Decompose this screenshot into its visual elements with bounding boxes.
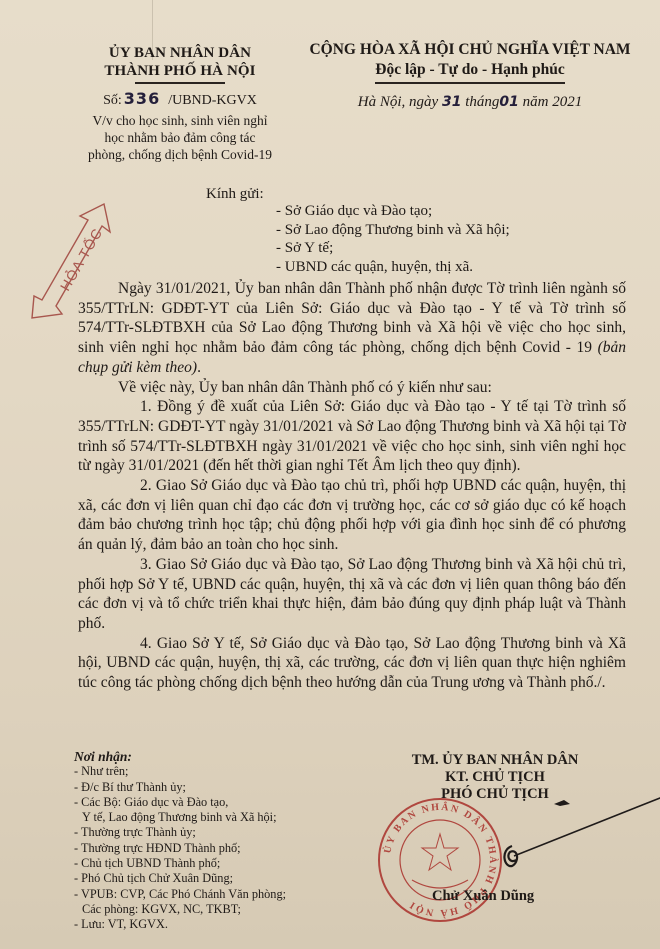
motto-underline bbox=[375, 82, 565, 84]
issuer-block: ỦY BAN NHÂN DÂN THÀNH PHỐ HÀ NỘI Số:336/… bbox=[70, 44, 290, 163]
point-4: 4. Giao Sở Y tế, Sở Giáo dục và Đào tạo,… bbox=[78, 634, 626, 693]
opinion-paragraph: Về việc này, Ủy ban nhân dân Thành phố c… bbox=[78, 378, 626, 398]
greeting: Kính gửi: bbox=[206, 186, 264, 203]
issuer-line-2: THÀNH PHỐ HÀ NỘI bbox=[70, 62, 290, 80]
date-month-label: tháng bbox=[465, 94, 499, 110]
doc-number-handwritten: 336 bbox=[124, 89, 160, 108]
distribution-item: Y tế, Lao động Thương binh và Xã hội; bbox=[74, 810, 286, 825]
signature-line-2: KT. CHỦ TỊCH bbox=[386, 769, 604, 786]
subject-line: V/v cho học sinh, sinh viên nghỉ bbox=[70, 112, 290, 129]
date-day: 31 bbox=[442, 94, 461, 110]
signature-line-1: TM. ỦY BAN NHÂN DÂN bbox=[386, 752, 604, 769]
issuer-line-1: ỦY BAN NHÂN DÂN bbox=[70, 44, 290, 62]
issuer-underline bbox=[135, 82, 225, 84]
distribution-item: - VPUB: CVP, Các Phó Chánh Văn phòng; bbox=[74, 887, 286, 902]
handwritten-signature-icon bbox=[470, 790, 660, 880]
date-month: 01 bbox=[499, 94, 518, 110]
intro-paragraph: Ngày 31/01/2021, Ủy ban nhân dân Thành p… bbox=[78, 279, 626, 378]
subject-line: phòng, chống dịch bệnh Covid-19 bbox=[70, 146, 290, 163]
document-number: Số:336/UBND-KGVX bbox=[70, 90, 290, 110]
distribution-item: - Thường trực HĐND Thành phố; bbox=[74, 841, 286, 856]
point-2: 2. Giao Sở Giáo dục và Đào tạo chủ trì, … bbox=[78, 476, 626, 555]
letter-body: Ngày 31/01/2021, Ủy ban nhân dân Thành p… bbox=[78, 279, 626, 693]
national-header: CỘNG HÒA XÃ HỘI CHỦ NGHĨA VIỆT NAM Độc l… bbox=[300, 40, 640, 112]
national-motto: Độc lập - Tự do - Hạnh phúc bbox=[300, 60, 640, 80]
intro-end: . bbox=[197, 359, 201, 376]
distribution-list: Nơi nhận: - Như trên; - Đ/c Bí thư Thành… bbox=[74, 749, 286, 933]
distribution-item: Các phòng: KGVX, NC, TKBT; bbox=[74, 902, 286, 917]
recipient-list: - Sở Giáo dục và Đào tạo; - Sở Lao động … bbox=[276, 202, 510, 276]
subject: V/v cho học sinh, sinh viên nghỉ học nhằ… bbox=[70, 112, 290, 163]
date-prefix: Hà Nội, ngày bbox=[358, 94, 438, 110]
nation-title: CỘNG HÒA XÃ HỘI CHỦ NGHĨA VIỆT NAM bbox=[300, 40, 640, 60]
distribution-item: - Thường trực Thành ủy; bbox=[74, 825, 286, 840]
distribution-item: - Các Bộ: Giáo dục và Đào tạo, bbox=[74, 795, 286, 810]
distribution-item: - Đ/c Bí thư Thành ủy; bbox=[74, 780, 286, 795]
recipient-item: - Sở Y tế; bbox=[276, 239, 510, 258]
distribution-title: Nơi nhận: bbox=[74, 749, 286, 764]
doc-number-prefix: Số: bbox=[103, 93, 122, 108]
date-year: năm 2021 bbox=[523, 94, 583, 110]
date-line: Hà Nội, ngày 31 tháng01 năm 2021 bbox=[300, 92, 640, 112]
recipient-item: - UBND các quận, huyện, thị xã. bbox=[276, 258, 510, 277]
recipient-item: - Sở Giáo dục và Đào tạo; bbox=[276, 202, 510, 221]
intro-text: Ngày 31/01/2021, Ủy ban nhân dân Thành p… bbox=[78, 280, 626, 356]
distribution-item: - Lưu: VT, KGVX. bbox=[74, 917, 286, 932]
point-3: 3. Giao Sở Giáo dục và Đào tạo, Sở Lao đ… bbox=[78, 555, 626, 634]
distribution-item: - Phó Chủ tịch Chử Xuân Dũng; bbox=[74, 871, 286, 886]
subject-line: học nhằm bảo đảm công tác bbox=[70, 129, 290, 146]
distribution-item: - Chủ tịch UBND Thành phố; bbox=[74, 856, 286, 871]
distribution-item: - Như trên; bbox=[74, 764, 286, 779]
doc-number-suffix: /UBND-KGVX bbox=[168, 93, 257, 108]
signer-name: Chử Xuân Dũng bbox=[432, 888, 534, 905]
point-1: 1. Đồng ý đề xuất của Liên Sở: Giáo dục … bbox=[78, 397, 626, 476]
document-page: ỦY BAN NHÂN DÂN THÀNH PHỐ HÀ NỘI Số:336/… bbox=[0, 0, 660, 949]
recipient-item: - Sở Lao động Thương binh và Xã hội; bbox=[276, 221, 510, 240]
